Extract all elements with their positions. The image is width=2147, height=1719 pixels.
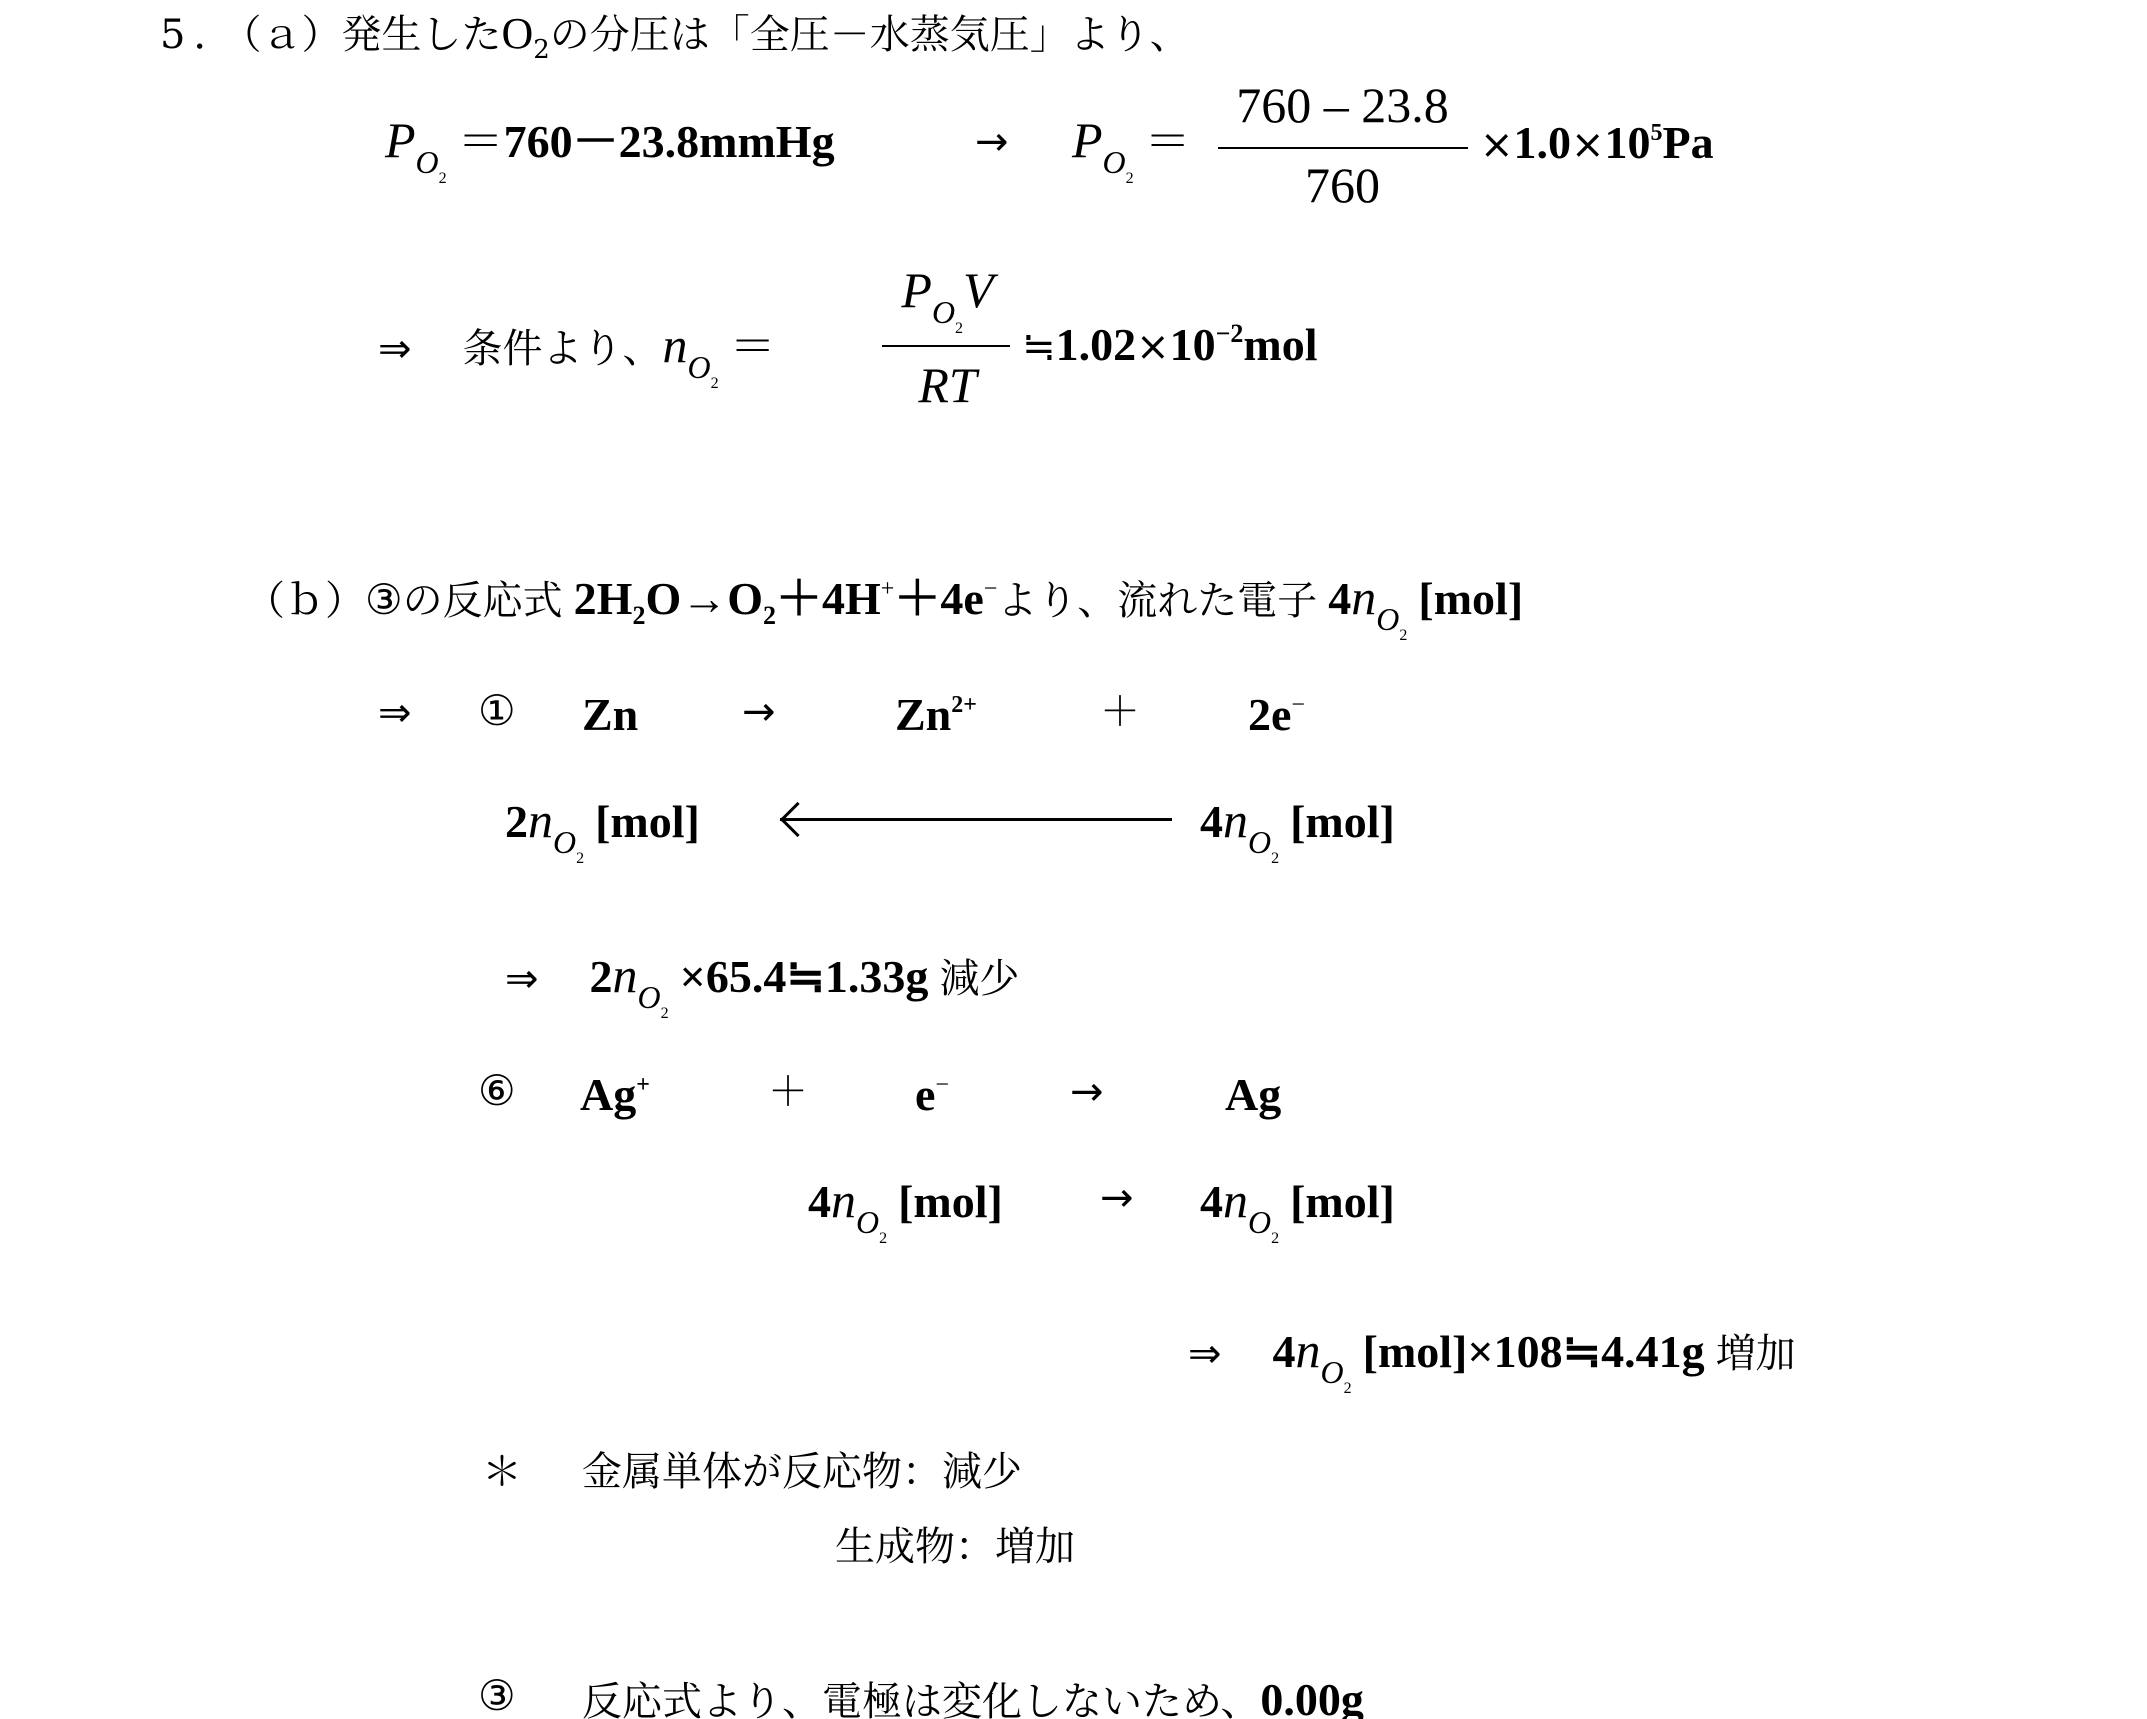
o2-sub: 2: [533, 35, 550, 65]
sub-o: O: [638, 979, 661, 1015]
product: Zn: [895, 689, 951, 740]
times-icon: ×: [1571, 122, 1605, 168]
implies-icon: ⇒: [505, 956, 539, 1002]
implies-icon: ⇒: [1188, 1331, 1222, 1377]
moles-result: ≒1.02×10−2mol: [1022, 322, 1318, 368]
reaction-sub: 2: [763, 601, 776, 630]
product-ag: Ag: [1225, 1072, 1281, 1118]
condition-text: 条件より、: [463, 326, 663, 372]
increase-label: 増加: [1716, 1331, 1796, 1377]
step3-value: 0.00g: [1260, 1674, 1364, 1719]
var-n: n: [663, 317, 688, 373]
arrow-left-long-icon: [780, 818, 1172, 821]
sub-o: O: [1376, 601, 1399, 637]
product-zn-ion: Zn2+: [895, 692, 977, 738]
numerator: 760 – 23.8: [1236, 77, 1449, 133]
arrow-right-icon: →: [975, 122, 1009, 162]
unit: [mol]: [1363, 1326, 1468, 1377]
decrease-label: 減少: [939, 956, 1019, 1002]
charge: 2+: [951, 692, 977, 718]
intro-text1: の反応式: [403, 578, 563, 624]
zn-moles: 2nO2 [mol]: [505, 795, 700, 845]
ag-moles: 4nO2 [mol]: [1200, 1175, 1395, 1225]
times-icon: ×: [1136, 324, 1170, 370]
step3-explanation: 反応式より、電極は変化しないため、: [582, 1679, 1260, 1719]
charge-plus: +: [881, 576, 895, 602]
note-marker: ＊: [482, 1452, 522, 1492]
pressure-factor: ×1.0×105Pa: [1480, 120, 1714, 166]
unit: [mol]: [898, 1176, 1003, 1227]
unit: [mol]: [1290, 1176, 1395, 1227]
sub-o: O: [1103, 144, 1126, 180]
part-a-intro: 5．（ａ）発生したO2の分圧は「全圧－水蒸気圧」より、: [160, 12, 1190, 56]
sub-2: 2: [1271, 1230, 1279, 1247]
var-p: P: [1072, 112, 1103, 168]
mass-calc: ×65.4≒1.33g: [680, 951, 929, 1002]
reactant: Ag: [580, 1069, 636, 1120]
equation-partial-pressure: PO2 ＝760－23.8mmHg: [385, 115, 835, 165]
equation-pressure-pa: PO2 ＝: [1072, 115, 1191, 165]
unit: [mol]: [1290, 796, 1395, 847]
unit: [mol]: [1418, 573, 1523, 624]
denominator: 760: [1305, 157, 1380, 213]
times-icon: ×: [1480, 122, 1514, 168]
sub-2: 2: [439, 170, 447, 187]
intro-rest: の分圧は「全圧－水蒸気圧」より、: [550, 12, 1190, 58]
arrow-right-icon: →: [1070, 1072, 1104, 1112]
note-line1: 金属単体が反応物：減少: [582, 1452, 1022, 1492]
coef: 4: [1328, 573, 1351, 624]
circled-1: ①: [478, 690, 516, 732]
fraction-bar: [1218, 147, 1468, 149]
charge: +: [636, 1072, 650, 1098]
part-b-intro: （ｂ）③の反応式 2H2O→O2＋4H+＋4e−より、流れた電子 4nO2 [m…: [245, 572, 1523, 622]
denominator-rt: RT: [918, 357, 976, 413]
intro-text2: より、流れた電子: [997, 578, 1317, 624]
var-v: V: [963, 262, 994, 318]
electron: e: [915, 1069, 935, 1120]
charge-minus: −: [984, 576, 998, 602]
sub-2: 2: [879, 1230, 887, 1247]
coef: 4: [808, 1176, 831, 1227]
sub-2: 2: [1126, 170, 1134, 187]
part-b-label: （ｂ）: [245, 578, 365, 624]
plus-icon: ＋: [1100, 692, 1140, 732]
sub-2: 2: [711, 375, 719, 392]
coef: 4: [1200, 796, 1223, 847]
sub-o: O: [553, 824, 576, 860]
sub-2: 2: [661, 1005, 669, 1022]
sub-2: 2: [1344, 1380, 1352, 1397]
coef: 2: [590, 951, 613, 1002]
electron-moles: 4nO2 [mol]: [1200, 795, 1395, 845]
coef: 4: [1273, 1326, 1296, 1377]
sub-o: O: [416, 144, 439, 180]
part-a-label: （ａ）: [241, 12, 341, 58]
fraction-denominator: 760: [1215, 160, 1470, 210]
var-n: n: [831, 1172, 856, 1228]
sub-o: O: [856, 1204, 879, 1240]
electron-e: e−: [915, 1072, 949, 1118]
ag-mass-result: ⇒ 4nO2 [mol]×108≒4.41g 増加: [1188, 1325, 1796, 1375]
o2-species: O: [501, 9, 533, 58]
electrons: 2e: [1248, 689, 1291, 740]
mantissa: 1.02: [1056, 319, 1137, 370]
fraction-numerator: PO2V: [880, 265, 1015, 315]
equals: ＝: [458, 116, 504, 167]
reaction-mid: O→O: [645, 573, 763, 624]
factor: 1.0: [1514, 117, 1572, 168]
reactant-ag-ion: Ag+: [580, 1072, 650, 1118]
sub-2: 2: [955, 320, 963, 337]
equals: ＝: [1145, 116, 1191, 167]
unit: [mol]: [595, 796, 700, 847]
var-n: n: [1296, 1322, 1321, 1378]
implies-icon: ⇒: [378, 326, 412, 372]
var-n: n: [1223, 792, 1248, 848]
sub-2: 2: [576, 850, 584, 867]
reaction-rest2: ＋4e: [894, 573, 983, 624]
sub-o: O: [932, 294, 955, 330]
var-n: n: [613, 947, 638, 1003]
step3-text: 反応式より、電極は変化しないため、0.00g: [582, 1677, 1364, 1719]
implies-icon: ⇒: [378, 693, 412, 733]
circled-3: ③: [365, 575, 403, 624]
reactant-zn: Zn: [582, 692, 638, 738]
circled-3: ③: [478, 1675, 516, 1717]
var-n: n: [1351, 569, 1376, 625]
arrow-left-head-icon: [780, 802, 815, 837]
circled-6: ⑥: [478, 1070, 516, 1112]
sub-o: O: [688, 349, 711, 385]
eq1-rhs: 760－23.8mmHg: [504, 116, 835, 167]
base: 10: [1605, 117, 1651, 168]
problem-number: 5．: [160, 12, 241, 58]
electron-moles: 4nO2 [mol]: [808, 1175, 1003, 1225]
zn-mass-result: ⇒ 2nO2 ×65.4≒1.33g 減少: [505, 950, 1019, 1000]
sub-2: 2: [1399, 627, 1407, 644]
fraction-denominator: RT: [880, 360, 1015, 410]
reaction-sub: 2: [632, 601, 645, 630]
equals: ＝: [730, 321, 776, 372]
electrons-2e: 2e−: [1248, 692, 1305, 738]
var-p: P: [901, 262, 932, 318]
var-n: n: [1223, 1172, 1248, 1228]
intro-text: 発生した: [341, 12, 501, 58]
var-n: n: [528, 792, 553, 848]
reaction-rest1: ＋4H: [776, 573, 881, 624]
exponent: −2: [1216, 319, 1244, 348]
sub-o: O: [1248, 1204, 1271, 1240]
note-line2: 生成物：増加: [835, 1527, 1075, 1567]
base: 10: [1170, 319, 1216, 370]
arrow-right-icon: →: [742, 692, 776, 732]
sub-o: O: [1321, 1354, 1344, 1390]
sub-2: 2: [1271, 850, 1279, 867]
arrow-right-icon: →: [1100, 1178, 1134, 1218]
var-p: P: [385, 112, 416, 168]
unit: Pa: [1663, 117, 1714, 168]
coef: 4: [1200, 1176, 1223, 1227]
exponent: 5: [1651, 120, 1663, 146]
charge: −: [935, 1072, 949, 1098]
mass-calc: ×108≒4.41g: [1467, 1326, 1704, 1377]
equation-moles: ⇒ 条件より、nO2 ＝: [378, 320, 776, 370]
fraction-bar: [882, 345, 1010, 347]
plus-icon: ＋: [768, 1072, 808, 1112]
sub-o: O: [1248, 824, 1271, 860]
charge: −: [1291, 692, 1305, 718]
coef: 2: [505, 796, 528, 847]
approx-icon: ≒: [1022, 324, 1056, 370]
reaction-r1: 2H: [574, 573, 633, 624]
fraction-numerator: 760 – 23.8: [1215, 80, 1470, 130]
unit: mol: [1243, 319, 1317, 370]
